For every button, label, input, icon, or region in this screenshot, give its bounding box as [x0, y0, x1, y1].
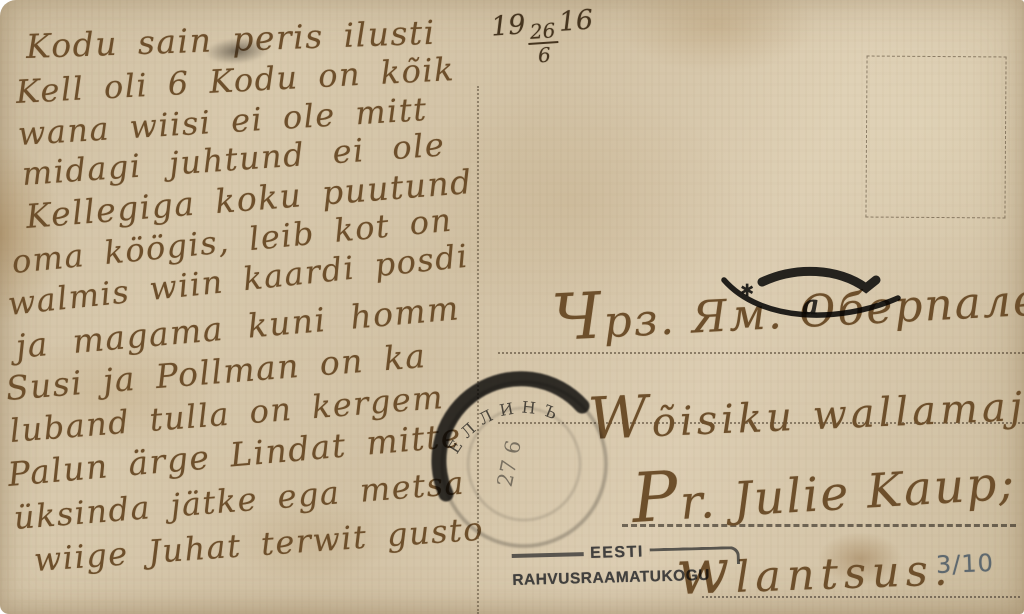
date-fraction: 266 — [527, 20, 559, 66]
date-month: 6 — [537, 44, 551, 66]
cancellation-arc-icon: ✱ а — [716, 260, 906, 340]
postmark-stamp-icon: ЕЛЛИНЪ 27 6 — [424, 366, 624, 566]
library-stamp-country: EESTI — [590, 544, 644, 562]
postmark-date: 27 6 — [493, 438, 526, 489]
postage-stamp-box — [865, 56, 1006, 219]
library-stamp: EESTI RAHVUSRAAMATUKOGU — [511, 541, 740, 588]
cancellation-letter: а — [802, 290, 820, 321]
address-line-2: Wõisiku wallamaje — [587, 370, 1024, 448]
address-line-3: Pr. Julie Kaup; — [630, 443, 1018, 534]
library-stamp-left-line — [512, 552, 584, 557]
library-stamp-bracket — [650, 546, 740, 566]
handwritten-date: 1926616 — [490, 7, 596, 69]
date-year: 16 — [558, 5, 594, 38]
date-day: 26 — [527, 20, 558, 45]
date-century: 19 — [490, 9, 526, 42]
cancellation-star-icon: ✱ — [740, 281, 754, 301]
catalog-number: 3/10 — [936, 549, 995, 579]
postcard-back: 1926616 Kodu sain peris ilusti Kell oli … — [0, 0, 1024, 614]
